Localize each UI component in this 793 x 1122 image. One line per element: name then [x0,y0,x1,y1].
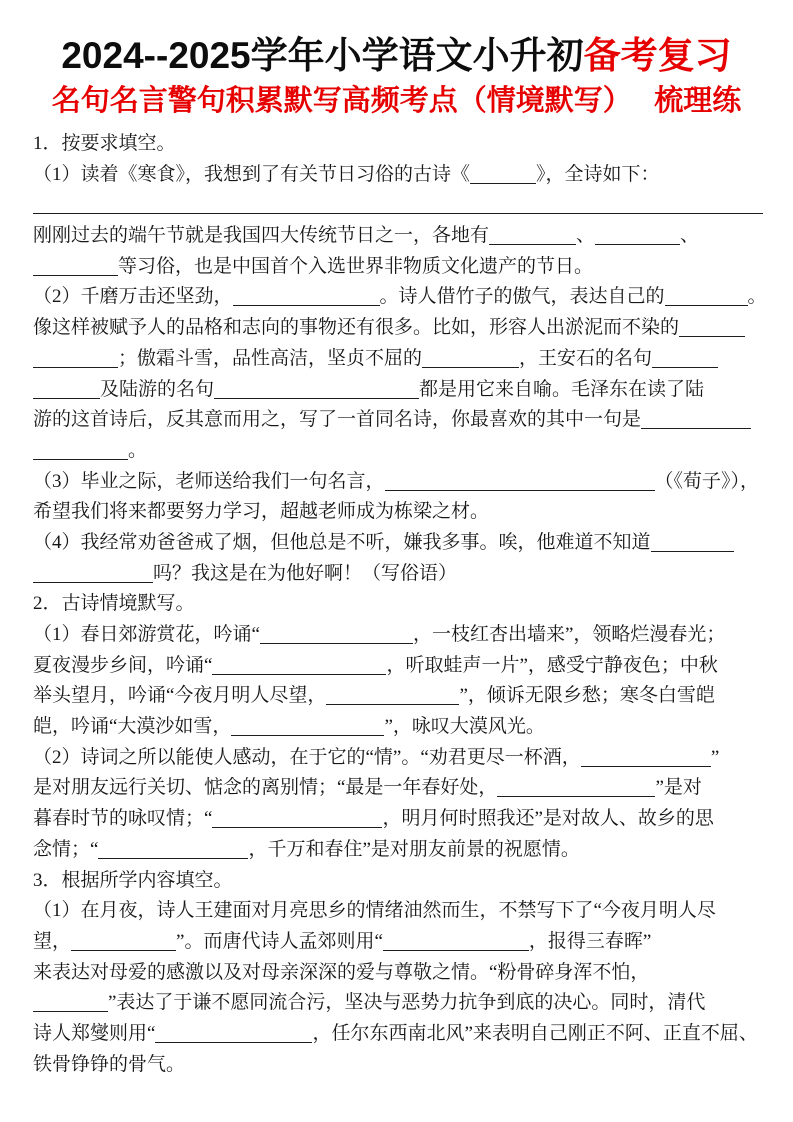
line-text: 是对朋友远行关切、惦念的离别情；“最是一年春好处， [33,777,497,798]
text-line: 3．根据所学内容填空。 [33,866,765,897]
answer-blank [33,195,763,214]
line-text: （1）在月夜，诗人王建面对月亮思乡的情绪油然而生，不禁写下了“今夜月明人尽 [33,900,716,921]
line-text: 夏夜漫步乡间，吟诵“ [33,655,212,676]
text-line: 像这样被赋予人的品格和志向的事物还有很多。比如，形容人出淤泥而不染的 [33,313,765,344]
line-text: （1）读着《寒食》，我想到了有关节日习俗的古诗《 [33,164,470,185]
line-text: （3）毕业之际，老师送给我们一句名言， [33,471,385,492]
answer-blank [98,840,248,859]
answer-blank [231,717,384,736]
answer-blank [233,287,380,306]
line-text: ，千万和春住”是对朋友前景的祝愿情。 [248,839,579,860]
paper-header: 2024--2025学年小学语文小升初备考复习 名句名言警句积累默写高频考点（情… [0,0,793,122]
answer-blank [385,472,655,491]
answer-blank [581,748,711,767]
line-text: 铁骨铮铮的骨气。 [33,1054,185,1075]
text-line: 希望我们将来都要努力学习，超越老师成为栋梁之材。 [33,497,765,528]
line-text: 、 [680,225,699,246]
answer-blank [214,380,419,399]
answer-blank [326,686,459,705]
text-line: （2）诗词之所以能使人感动，在于它的“情”。“劝君更尽一杯酒，” [33,743,765,774]
text-line: 及陆游的名句都是用它来自喻。毛泽东在读了陆 [33,375,765,406]
line-text: ，报得三春晖” [529,931,651,952]
line-text: 念情；“ [33,839,98,860]
text-line: 来表达对母爱的感激以及对母亲深深的爱与尊敬之情。“粉骨碎身浑不怕， [33,958,765,989]
line-text: 、 [576,225,595,246]
text-line: 诗人郑燮则用“，任尔东西南北风”来表明自己刚正不阿、正直不屈、 [33,1019,765,1050]
line-text: ；傲霜斗雪，品性高洁，坚贞不屈的 [118,348,422,369]
line-text: 望， [33,931,71,952]
text-line: （4）我经常劝爸爸戒了烟，但他总是不听，嫌我多事。唉，他难道不知道 [33,528,765,559]
line-text: ，听取蛙声一片”，感受宁静夜色；中秋 [386,655,717,676]
text-line: 等习俗，也是中国首个入选世界非物质文化遗产的节日。 [33,252,765,283]
line-text: 游的这首诗后，反其意而用之，写了一首同名诗，你最喜欢的其中一句是 [33,409,641,430]
page-title: 2024--2025学年小学语文小升初备考复习 [0,32,793,79]
line-text: 1．按要求填空。 [33,133,176,154]
line-text: ”，倾诉无限乡愁；寒冬白雪皑 [459,685,714,706]
text-line: 2．古诗情境默写。 [33,589,765,620]
answer-blank [33,993,108,1012]
answer-blank [651,533,734,552]
answer-blank [33,257,118,276]
line-text: 希望我们将来都要努力学习，超越老师成为栋梁之材。 [33,501,489,522]
answer-blank [33,564,153,583]
answer-blank [497,778,655,797]
answer-blank [470,165,536,184]
text-line: 是对朋友远行关切、惦念的离别情；“最是一年春好处，”是对 [33,773,765,804]
line-text: 。 [128,440,147,461]
line-text: （2）千磨万击还坚劲， [33,286,233,307]
line-text: （2）诗词之所以能使人感动，在于它的“情”。“劝君更尽一杯酒， [33,747,581,768]
line-text: ，王安石的名句 [519,348,652,369]
answer-blank [641,410,751,429]
line-text: 及陆游的名句 [100,379,214,400]
line-text: 。 [748,286,767,307]
line-text: （4）我经常劝爸爸戒了烟，但他总是不听，嫌我多事。唉，他难道不知道 [33,532,651,553]
line-text: ”是对 [655,777,701,798]
answer-blank [212,656,386,675]
text-line: ”表达了于谦不愿同流合污，坚决与恶势力抗争到底的决心。同时，清代 [33,988,765,1019]
text-line: （1）春日郊游赏花，吟诵“，一枝红杏出墙来”，领略烂漫春光； [33,620,765,651]
line-text: 》，全诗如下： [536,164,660,185]
answer-blank [422,349,519,368]
line-text: ，任尔东西南北风”来表明自己刚正不阿、正直不屈、 [312,1023,757,1044]
line-text: （1）春日郊游赏花，吟诵“ [33,624,260,645]
line-text: 都是用它来自喻。毛泽东在读了陆 [419,379,704,400]
text-line: （2）千磨万击还坚劲，。诗人借竹子的傲气，表达自己的。 [33,282,765,313]
answer-blank [595,226,680,245]
text-line: （1）读着《寒食》，我想到了有关节日习俗的古诗《》，全诗如下： [33,160,765,191]
text-line: ；傲霜斗雪，品性高洁，坚贞不屈的，王安石的名句 [33,344,765,375]
answer-blank [33,349,118,368]
text-line: 1．按要求填空。 [33,129,765,160]
line-text: 诗人郑燮则用“ [33,1023,155,1044]
line-text: 举头望月，吟诵“今夜月明人尽望， [33,685,326,706]
text-line: 暮春时节的咏叹情；“，明月何时照我还”是对故人、故乡的思 [33,804,765,835]
line-text: ”。而唐代诗人孟郊则用“ [176,931,383,952]
answer-blank [212,809,382,828]
text-line: 游的这首诗后，反其意而用之，写了一首同名诗，你最喜欢的其中一句是 [33,405,765,436]
line-text: （《荀子》）， [655,471,760,492]
line-text: 等习俗，也是中国首个入选世界非物质文化遗产的节日。 [118,256,593,277]
line-text: 皑，吟诵“大漠沙如雪， [33,716,231,737]
text-line: 刚刚过去的端午节就是我国四大传统节日之一，各地有、、 [33,221,765,252]
line-text: ”表达了于谦不愿同流合污，坚决与恶势力抗争到底的决心。同时，清代 [108,992,705,1013]
line-text: 暮春时节的咏叹情；“ [33,808,212,829]
line-text: 刚刚过去的端午节就是我国四大传统节日之一，各地有 [33,225,489,246]
line-text: ，明月何时照我还”是对故人、故乡的思 [382,808,713,829]
text-line: 夏夜漫步乡间，吟诵“，听取蛙声一片”，感受宁静夜色；中秋 [33,651,765,682]
answer-blank [383,932,529,951]
text-line: （1）在月夜，诗人王建面对月亮思乡的情绪油然而生，不禁写下了“今夜月明人尽 [33,896,765,927]
text-line: 吗？我这是在为他好啊！（写俗语） [33,559,765,590]
answer-blank [33,380,100,399]
line-text: 来表达对母爱的感激以及对母亲深深的爱与尊敬之情。“粉骨碎身浑不怕， [33,962,649,983]
line-text: 。诗人借竹子的傲气，表达自己的 [380,286,665,307]
page-title-red: 备考复习 [584,35,732,76]
text-line: 念情；“，千万和春住”是对朋友前景的祝愿情。 [33,835,765,866]
answer-blank [679,318,745,337]
answer-blank [260,625,413,644]
line-text: 3．根据所学内容填空。 [33,870,233,891]
exam-paper: 2024--2025学年小学语文小升初备考复习 名句名言警句积累默写高频考点（情… [0,0,793,1122]
text-line [33,190,765,221]
line-text: ，一枝红杏出墙来”，领略烂漫春光； [413,624,725,645]
line-text: 吗？我这是在为他好啊！（写俗语） [153,563,457,584]
text-line: 铁骨铮铮的骨气。 [33,1050,765,1081]
answer-blank [33,441,128,460]
line-text: 2．古诗情境默写。 [33,593,195,614]
answer-blank [652,349,718,368]
page-title-black: 2024--2025学年小学语文小升初 [61,35,583,76]
text-line: 望，”。而唐代诗人孟郊则用“，报得三春晖” [33,927,765,958]
answer-blank [489,226,576,245]
text-line: （3）毕业之际，老师送给我们一句名言，（《荀子》）， [33,467,765,498]
line-text: 像这样被赋予人的品格和志向的事物还有很多。比如，形容人出淤泥而不染的 [33,317,679,338]
text-line: 。 [33,436,765,467]
document-body: 1．按要求填空。（1）读着《寒食》，我想到了有关节日习俗的古诗《》，全诗如下：刚… [33,129,765,1080]
answer-blank [665,287,748,306]
line-text: ” [711,747,719,768]
answer-blank [155,1024,312,1043]
page-subtitle: 名句名言警句积累默写高频考点（情境默写） 梳理练 [0,81,793,122]
line-text: ”，咏叹大漠风光。 [384,716,544,737]
answer-blank [71,932,176,951]
text-line: 皑，吟诵“大漠沙如雪，”，咏叹大漠风光。 [33,712,765,743]
text-line: 举头望月，吟诵“今夜月明人尽望，”，倾诉无限乡愁；寒冬白雪皑 [33,681,765,712]
